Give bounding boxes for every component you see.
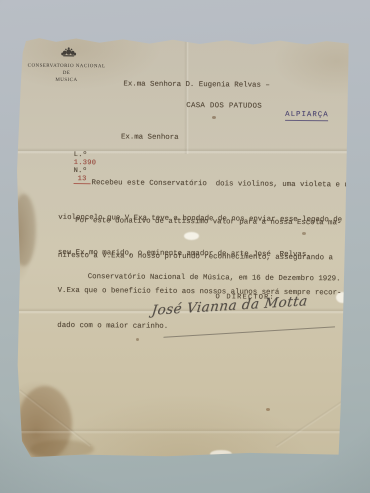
body-line: dado com o maior carinho. xyxy=(57,320,341,334)
photographed-letter: CONSERVATORIO NACIONAL DE MUSICA L.º 1.3… xyxy=(0,0,370,493)
letter-paper: CONSERVATORIO NACIONAL DE MUSICA L.º 1.3… xyxy=(16,36,350,458)
body-line: Por este donativo de altissimo valor par… xyxy=(58,216,342,230)
recipient-address: CASA DOS PATUDOS xyxy=(186,102,262,111)
recipient-town: ALPIARÇA xyxy=(285,111,329,121)
body-line: Recebeu este Conservatório dois violinos… xyxy=(58,178,353,192)
salutation: Ex.ma Senhora xyxy=(121,133,179,142)
conservatory-crest-icon xyxy=(61,45,77,63)
body-line: nifesto a V.Exa o nosso profundo reconhe… xyxy=(58,251,342,265)
recipient-name: Ex.ma Senhora D. Eugenia Relvas – xyxy=(123,80,269,89)
letter-content: CONSERVATORIO NACIONAL DE MUSICA L.º 1.3… xyxy=(14,35,352,460)
letterhead-block: CONSERVATORIO NACIONAL DE MUSICA xyxy=(23,63,109,85)
letterhead-org-name: MUSICA xyxy=(23,77,109,85)
